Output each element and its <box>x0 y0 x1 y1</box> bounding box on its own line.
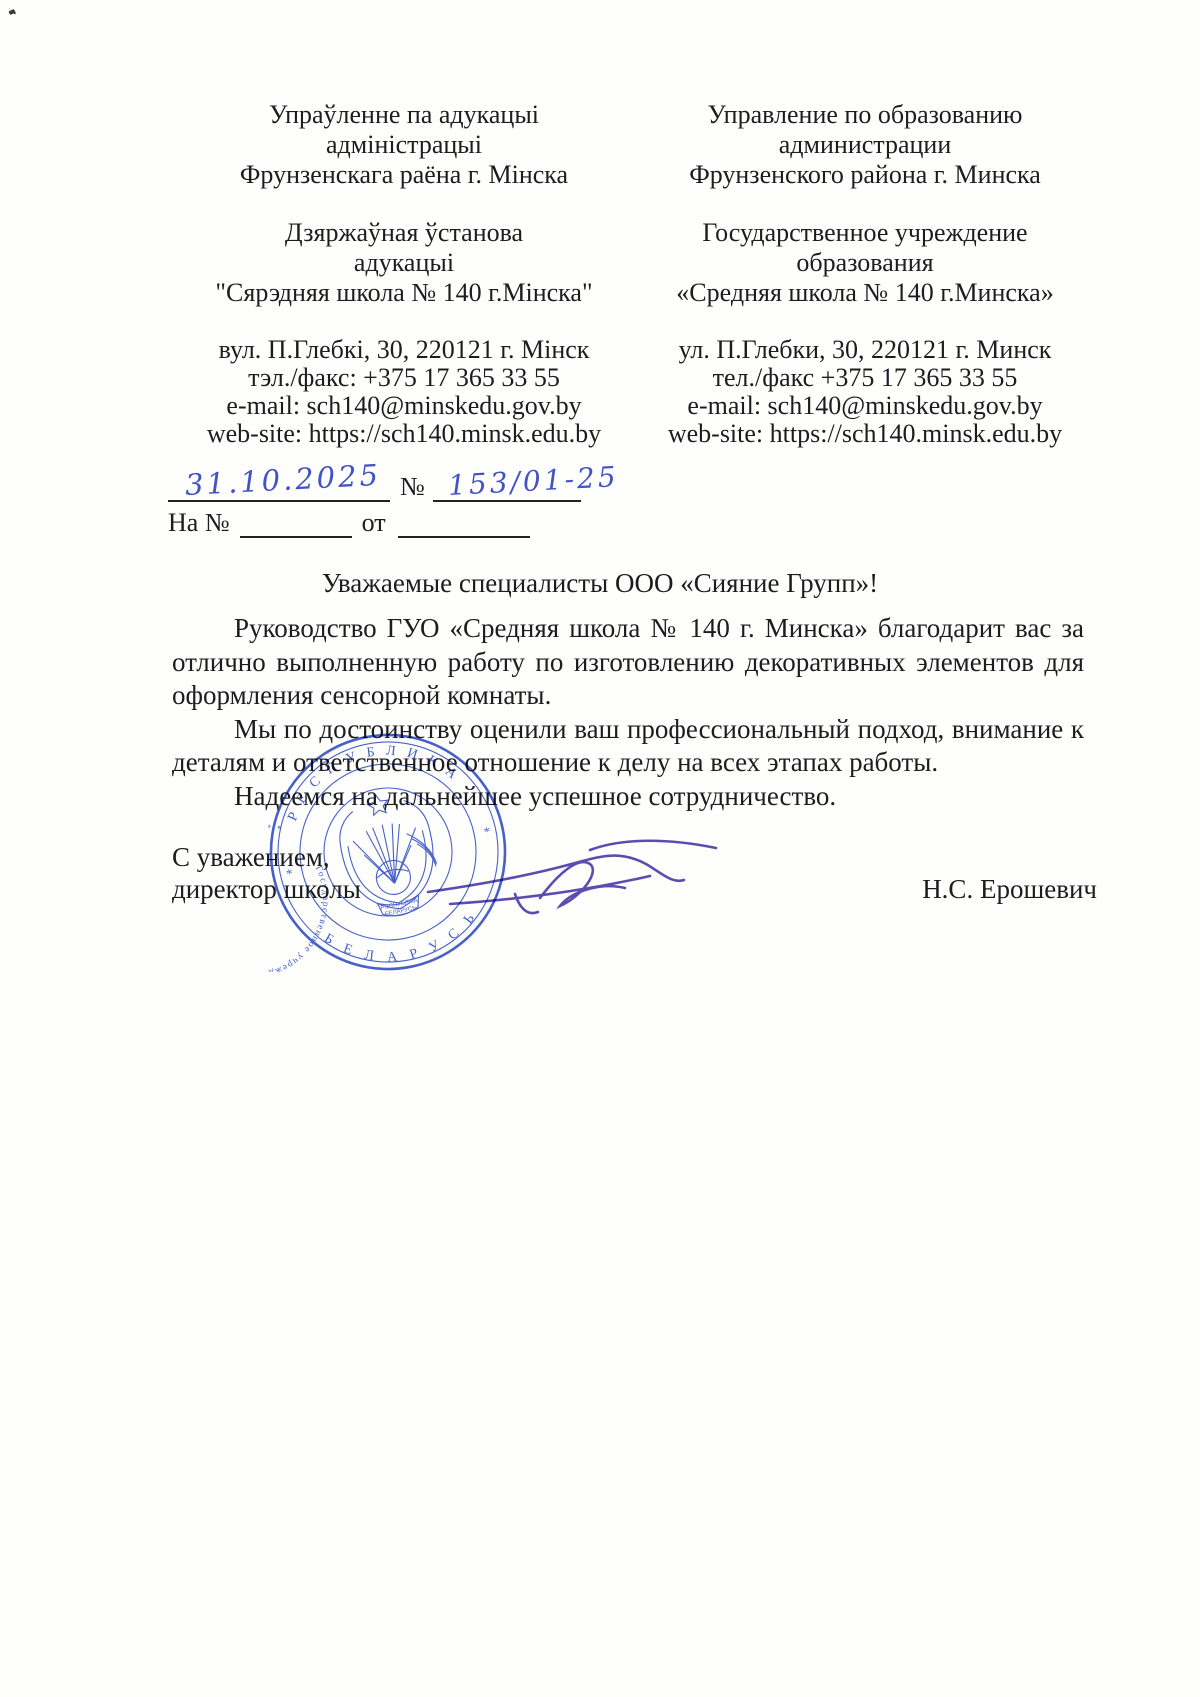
website-line: web-site: https://sch140.minsk.edu.by <box>178 420 630 448</box>
number-sign-label: № <box>390 472 425 502</box>
date-number-row: 31.10.2025 № 153/01-25 <box>168 462 588 502</box>
org-name-by: Упраўленне па адукацыі адміністрацыі Фру… <box>178 100 630 190</box>
handwritten-date: 31.10.2025 <box>184 458 382 502</box>
signature-main-stroke <box>428 856 684 892</box>
letterhead: Упраўленне па адукацыі адміністрацыі Фру… <box>178 100 1100 476</box>
phone-line: тел./факс +375 17 365 33 55 <box>630 364 1100 392</box>
org-line: Фрунзенскага раёна г. Мінска <box>178 160 630 190</box>
org-line: адміністрацыі <box>178 130 630 160</box>
email-line: e-mail: sch140@minskedu.gov.by <box>630 392 1100 420</box>
scan-artifact-speck <box>8 9 15 15</box>
reply-number-underline <box>240 536 352 538</box>
signature-cross-stroke <box>450 876 650 904</box>
arms-star <box>366 793 390 816</box>
scanned-letter-page: Упраўленне па адукацыі адміністрацыі Фру… <box>0 0 1200 1697</box>
number-underline: 153/01-25 <box>433 500 581 502</box>
org-line: Управление по образованию <box>630 100 1100 130</box>
director-signature <box>420 832 740 924</box>
date-underline: 31.10.2025 <box>168 500 390 502</box>
org-line: Упраўленне па адукацыі <box>178 100 630 130</box>
inst-line: "Сярэдняя школа № 140 г.Мінска" <box>178 278 630 308</box>
reply-date-underline <box>398 536 530 538</box>
address-line: ул. П.Глебки, 30, 220121 г. Минск <box>630 336 1100 364</box>
contact-info-ru: ул. П.Глебки, 30, 220121 г. Минск тел./ф… <box>630 336 1100 448</box>
stamp-separator-star-left: * <box>285 865 294 881</box>
from-label: от <box>352 508 386 538</box>
handwritten-number: 153/01-25 <box>447 460 619 502</box>
reply-label: На № <box>168 508 230 538</box>
org-line: Фрунзенского района г. Минска <box>630 160 1100 190</box>
reference-block: 31.10.2025 № 153/01-25 На № от <box>168 462 588 538</box>
institution-name-ru: Государственное учреждение образования «… <box>630 218 1100 308</box>
address-line: вул. П.Глебкі, 30, 220121 г. Мінск <box>178 336 630 364</box>
reply-reference-row: На № от <box>168 504 588 538</box>
signature-top-swoosh <box>590 841 716 850</box>
salutation: Уважаемые специалисты ООО «Сияние Групп»… <box>0 568 1200 599</box>
phone-line: тэл./факс: +375 17 365 33 55 <box>178 364 630 392</box>
org-line: администрации <box>630 130 1100 160</box>
inst-line: образования <box>630 248 1100 278</box>
paragraph-gratitude: Руководство ГУО «Средняя школа № 140 г. … <box>172 612 1084 713</box>
inst-line: Дзяржаўная ўстанова <box>178 218 630 248</box>
org-name-ru: Управление по образованию администрации … <box>630 100 1100 190</box>
email-line: e-mail: sch140@minskedu.gov.by <box>178 392 630 420</box>
contact-info-by: вул. П.Глебкі, 30, 220121 г. Мінск тэл./… <box>178 336 630 448</box>
arms-sun-rays <box>351 818 426 890</box>
website-line: web-site: https://sch140.minsk.edu.by <box>630 420 1100 448</box>
inst-line: Государственное учреждение <box>630 218 1100 248</box>
letterhead-belarusian-column: Упраўленне па адукацыі адміністрацыі Фру… <box>178 100 630 476</box>
signer-name: Н.С. Ерошевич <box>922 874 1097 905</box>
inst-line: адукацыі <box>178 248 630 278</box>
letterhead-russian-column: Управление по образованию администрации … <box>630 100 1100 476</box>
inst-line: «Средняя школа № 140 г.Минска» <box>630 278 1100 308</box>
institution-name-by: Дзяржаўная ўстанова адукацыі "Сярэдняя ш… <box>178 218 630 308</box>
